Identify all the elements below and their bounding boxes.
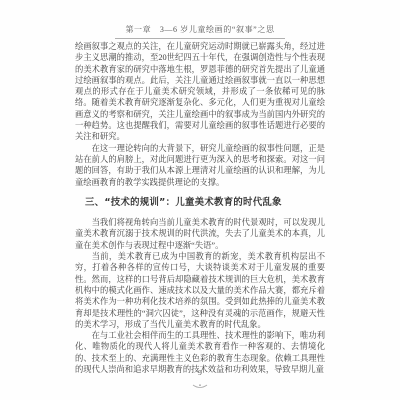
running-header-text: 第一章 3—6 岁儿童绘画的“叙事”之思	[115, 24, 284, 39]
paragraph-2: 在这一理论转向的大背景下，研究儿童绘画的叙事性问题，正是站在前人的肩膀上，对此问…	[75, 143, 325, 188]
section-heading: 三、“技术的规训”：儿童美术教育的时代乱象	[85, 197, 325, 208]
book-page: 第一章 3—6 岁儿童绘画的“叙事”之思 绘画叙事之观点的关注，在儿童研究运动时…	[0, 0, 400, 400]
page-number: 9	[0, 369, 400, 377]
paragraph-1: 绘画叙事之观点的关注，在儿童研究运动时期就已崭露头角，经过进步主义思潮的推动，至…	[75, 41, 325, 143]
running-header: 第一章 3—6 岁儿童绘画的“叙事”之思	[0, 19, 400, 39]
page-ornament-icon	[192, 383, 208, 390]
paragraph-4: 当前，美术教育已成为中国教育的新宠，美术教育机构层出不穷，打着各种各样的宣传口号…	[75, 251, 325, 330]
page-content: 绘画叙事之观点的关注，在儿童研究运动时期就已崭露头角，经过进步主义思潮的推动，至…	[75, 41, 325, 375]
paragraph-3: 当我们将视角转向当前儿童美术教育的时代景观时，可以发现儿童美术教育沉溺于技术规训…	[75, 217, 325, 251]
page-footer: 9	[0, 369, 400, 395]
